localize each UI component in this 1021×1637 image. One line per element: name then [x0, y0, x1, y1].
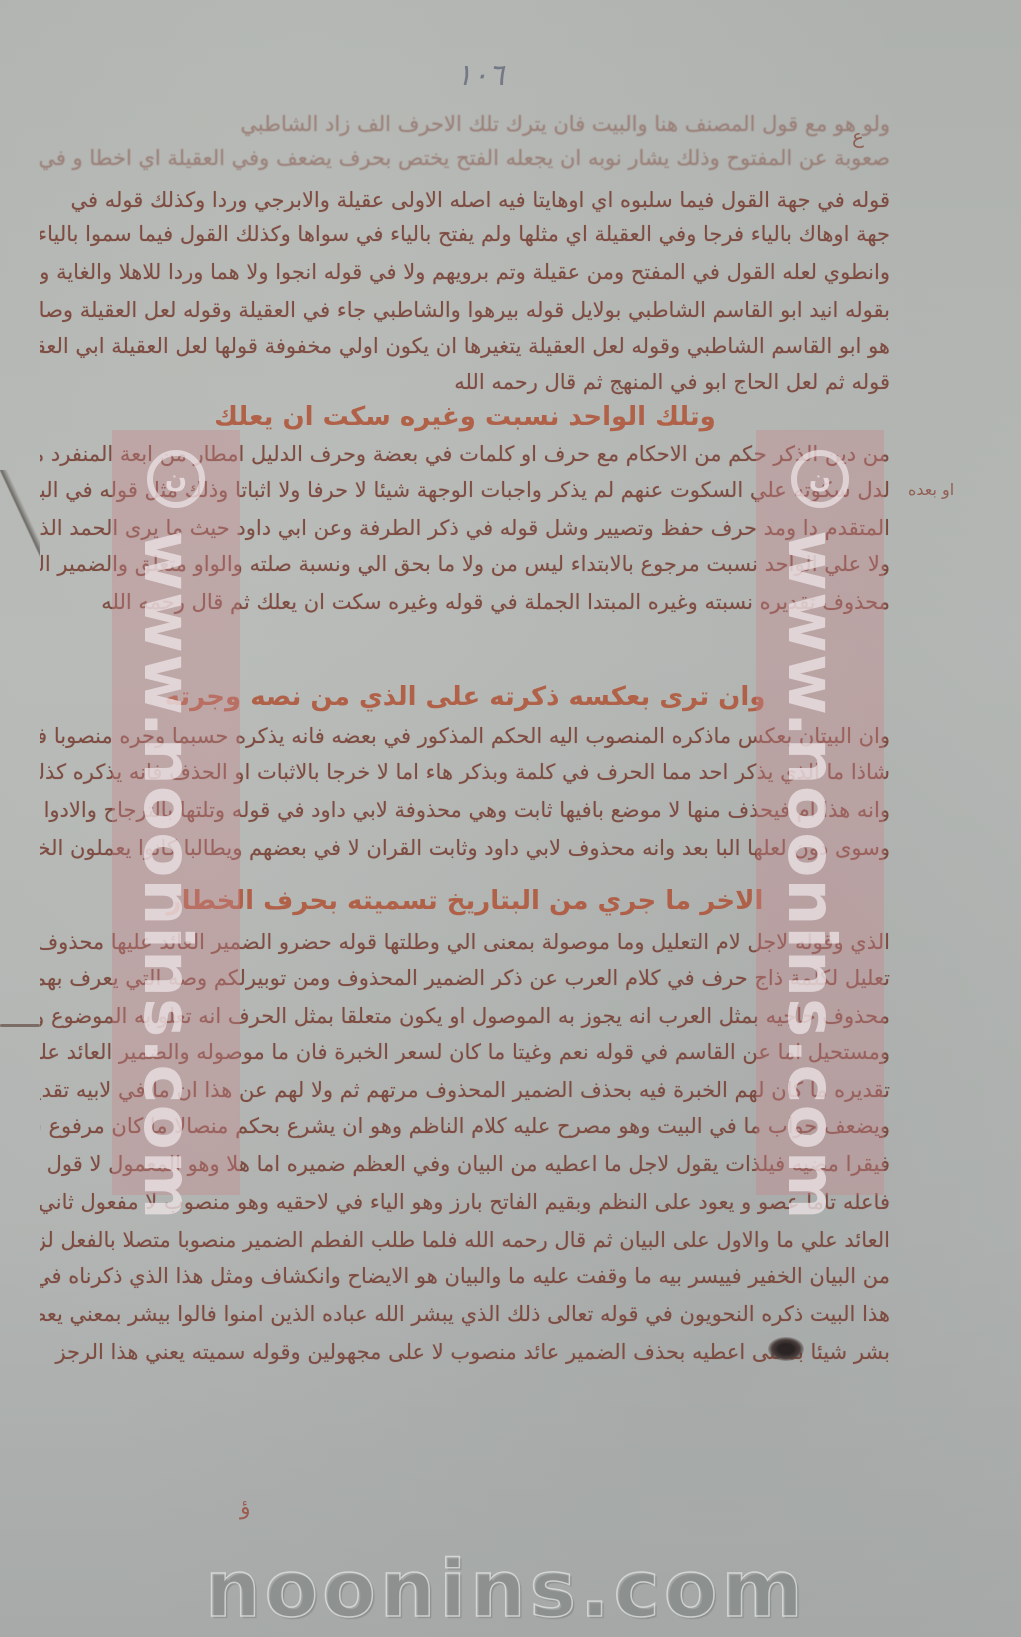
text-line: قوله ثم لعل الحاج ابو في المنهج ثم قال ر… — [260, 366, 890, 398]
text-line: ولو هو مع قول المصنف هنا والبيت فان يترك… — [40, 108, 890, 140]
text-line: هو ابو القاسم الشاطبي وقوله لعل العقيلة … — [40, 330, 890, 362]
torn-paper-edge — [0, 470, 40, 580]
copyright-icon: ن — [147, 450, 205, 508]
watermark-bottom-text: noonins.com — [205, 1545, 807, 1635]
text-line: صعوبة عن المفتوح وذلك يشار نوبه ان يجعله… — [40, 142, 890, 174]
folio-number: ١٠٦ — [456, 58, 504, 93]
text-line: من البيان الخفير فييسر بيه ما وقفت عليه … — [40, 1260, 890, 1292]
copyright-icon: ن — [791, 450, 849, 508]
margin-dash-mark — [0, 1024, 40, 1027]
watermark-band-left: ن www.noonins.com — [112, 430, 240, 1195]
text-line: هذا البيت ذكره النحويون في قوله تعالى ذل… — [40, 1298, 890, 1330]
text-line: وانطوي لعله القول في المفتح ومن عقيلة وت… — [40, 256, 890, 288]
manuscript-page: ١٠٦ ع او بعده ولو هو مع قول المصنف هنا و… — [0, 0, 1021, 1637]
watermark-text: www.noonins.com — [773, 530, 850, 1221]
text-line: العائد علي ما والاول على البيان ثم قال ر… — [40, 1224, 890, 1256]
text-line: جهة اوهاك بالياء فرجا وفي العقيلة اي مثل… — [40, 218, 890, 250]
catchword-mark: ؤ — [240, 1495, 251, 1520]
margin-note-right: او بعده — [908, 480, 954, 499]
text-line: بقوله انيد ابو القاسم الشاطبي بولايل قول… — [40, 294, 890, 326]
ink-blot — [768, 1337, 804, 1361]
watermark-band-right: ن www.noonins.com — [756, 430, 884, 1195]
watermark-text: www.noonins.com — [129, 530, 206, 1221]
text-line: بشر شيئا بمعنى اعطيه بحذف الضمير عائد من… — [40, 1336, 890, 1368]
text-line: قوله في جهة القول فيما سلبوه اي اوهايتا … — [40, 184, 890, 216]
rubric-heading-1: وتلك الواحد نسبت وغيره سكت ان يعلك — [40, 400, 890, 434]
